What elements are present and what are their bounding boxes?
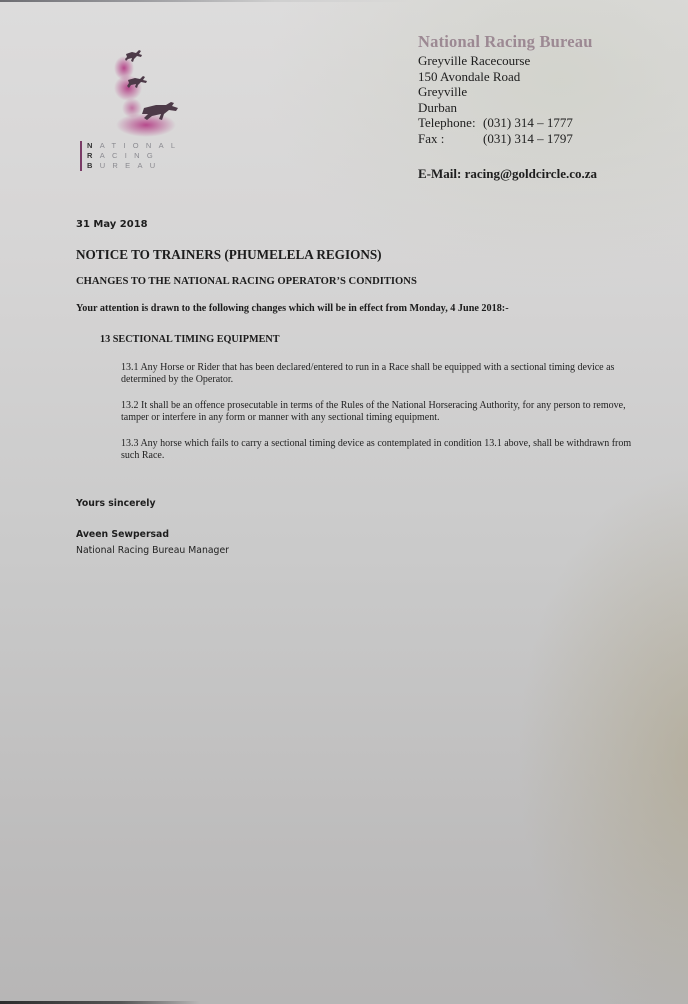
address-line: Greyville Racecourse: [418, 53, 597, 69]
fax-label: Fax :: [418, 131, 483, 147]
nrb-logo: NATIONAL RACING BUREAU: [80, 40, 230, 180]
telephone-row: Telephone: (031) 314 – 1777: [418, 115, 597, 131]
clause-list: 13.1 Any Horse or Rider that has been de…: [121, 362, 641, 476]
signer-title: National Racing Bureau Manager: [76, 545, 229, 556]
email-address: E-Mail: racing@goldcircle.co.za: [418, 166, 597, 182]
org-name: National Racing Bureau: [418, 33, 597, 51]
closing-salutation: Yours sincerely: [76, 498, 156, 509]
signer-name: Aveen Sewpersad: [76, 529, 169, 540]
clause-13-1: 13.1 Any Horse or Rider that has been de…: [121, 362, 641, 385]
letterhead: National Racing Bureau Greyville Racecou…: [418, 33, 597, 182]
fax-number: (031) 314 – 1797: [483, 131, 573, 147]
fax-row: Fax : (031) 314 – 1797: [418, 131, 597, 147]
logo-word: ACING: [100, 151, 160, 160]
telephone-number: (031) 314 – 1777: [483, 115, 573, 131]
notice-subtitle: CHANGES TO THE NATIONAL RACING OPERATOR’…: [76, 276, 417, 287]
telephone-label: Telephone:: [418, 115, 483, 131]
letter-page: NATIONAL RACING BUREAU National Racing B…: [0, 0, 688, 1004]
notice-title: NOTICE TO TRAINERS (PHUMELELA REGIONS): [76, 247, 382, 263]
clause-13-2: 13.2 It shall be an offence prosecutable…: [121, 400, 641, 423]
logo-initial: B: [87, 161, 100, 170]
logo-word: ATIONAL: [100, 141, 183, 150]
clause-13-3: 13.3 Any horse which fails to carry a se…: [121, 438, 641, 461]
address-line: Durban: [418, 100, 597, 116]
logo-word: UREAU: [100, 161, 163, 170]
racing-horses-logo-icon: [108, 40, 208, 140]
intro-paragraph: Your attention is drawn to the following…: [76, 303, 509, 314]
letter-date: 31 May 2018: [76, 219, 148, 230]
paper-top-edge: [0, 0, 688, 2]
section-heading: 13 SECTIONAL TIMING EQUIPMENT: [100, 334, 280, 345]
logo-wordmark: NATIONAL RACING BUREAU: [80, 141, 182, 171]
logo-initial: N: [87, 141, 100, 150]
address-line: Greyville: [418, 84, 597, 100]
address-line: 150 Avondale Road: [418, 69, 597, 85]
logo-initial: R: [87, 151, 100, 160]
